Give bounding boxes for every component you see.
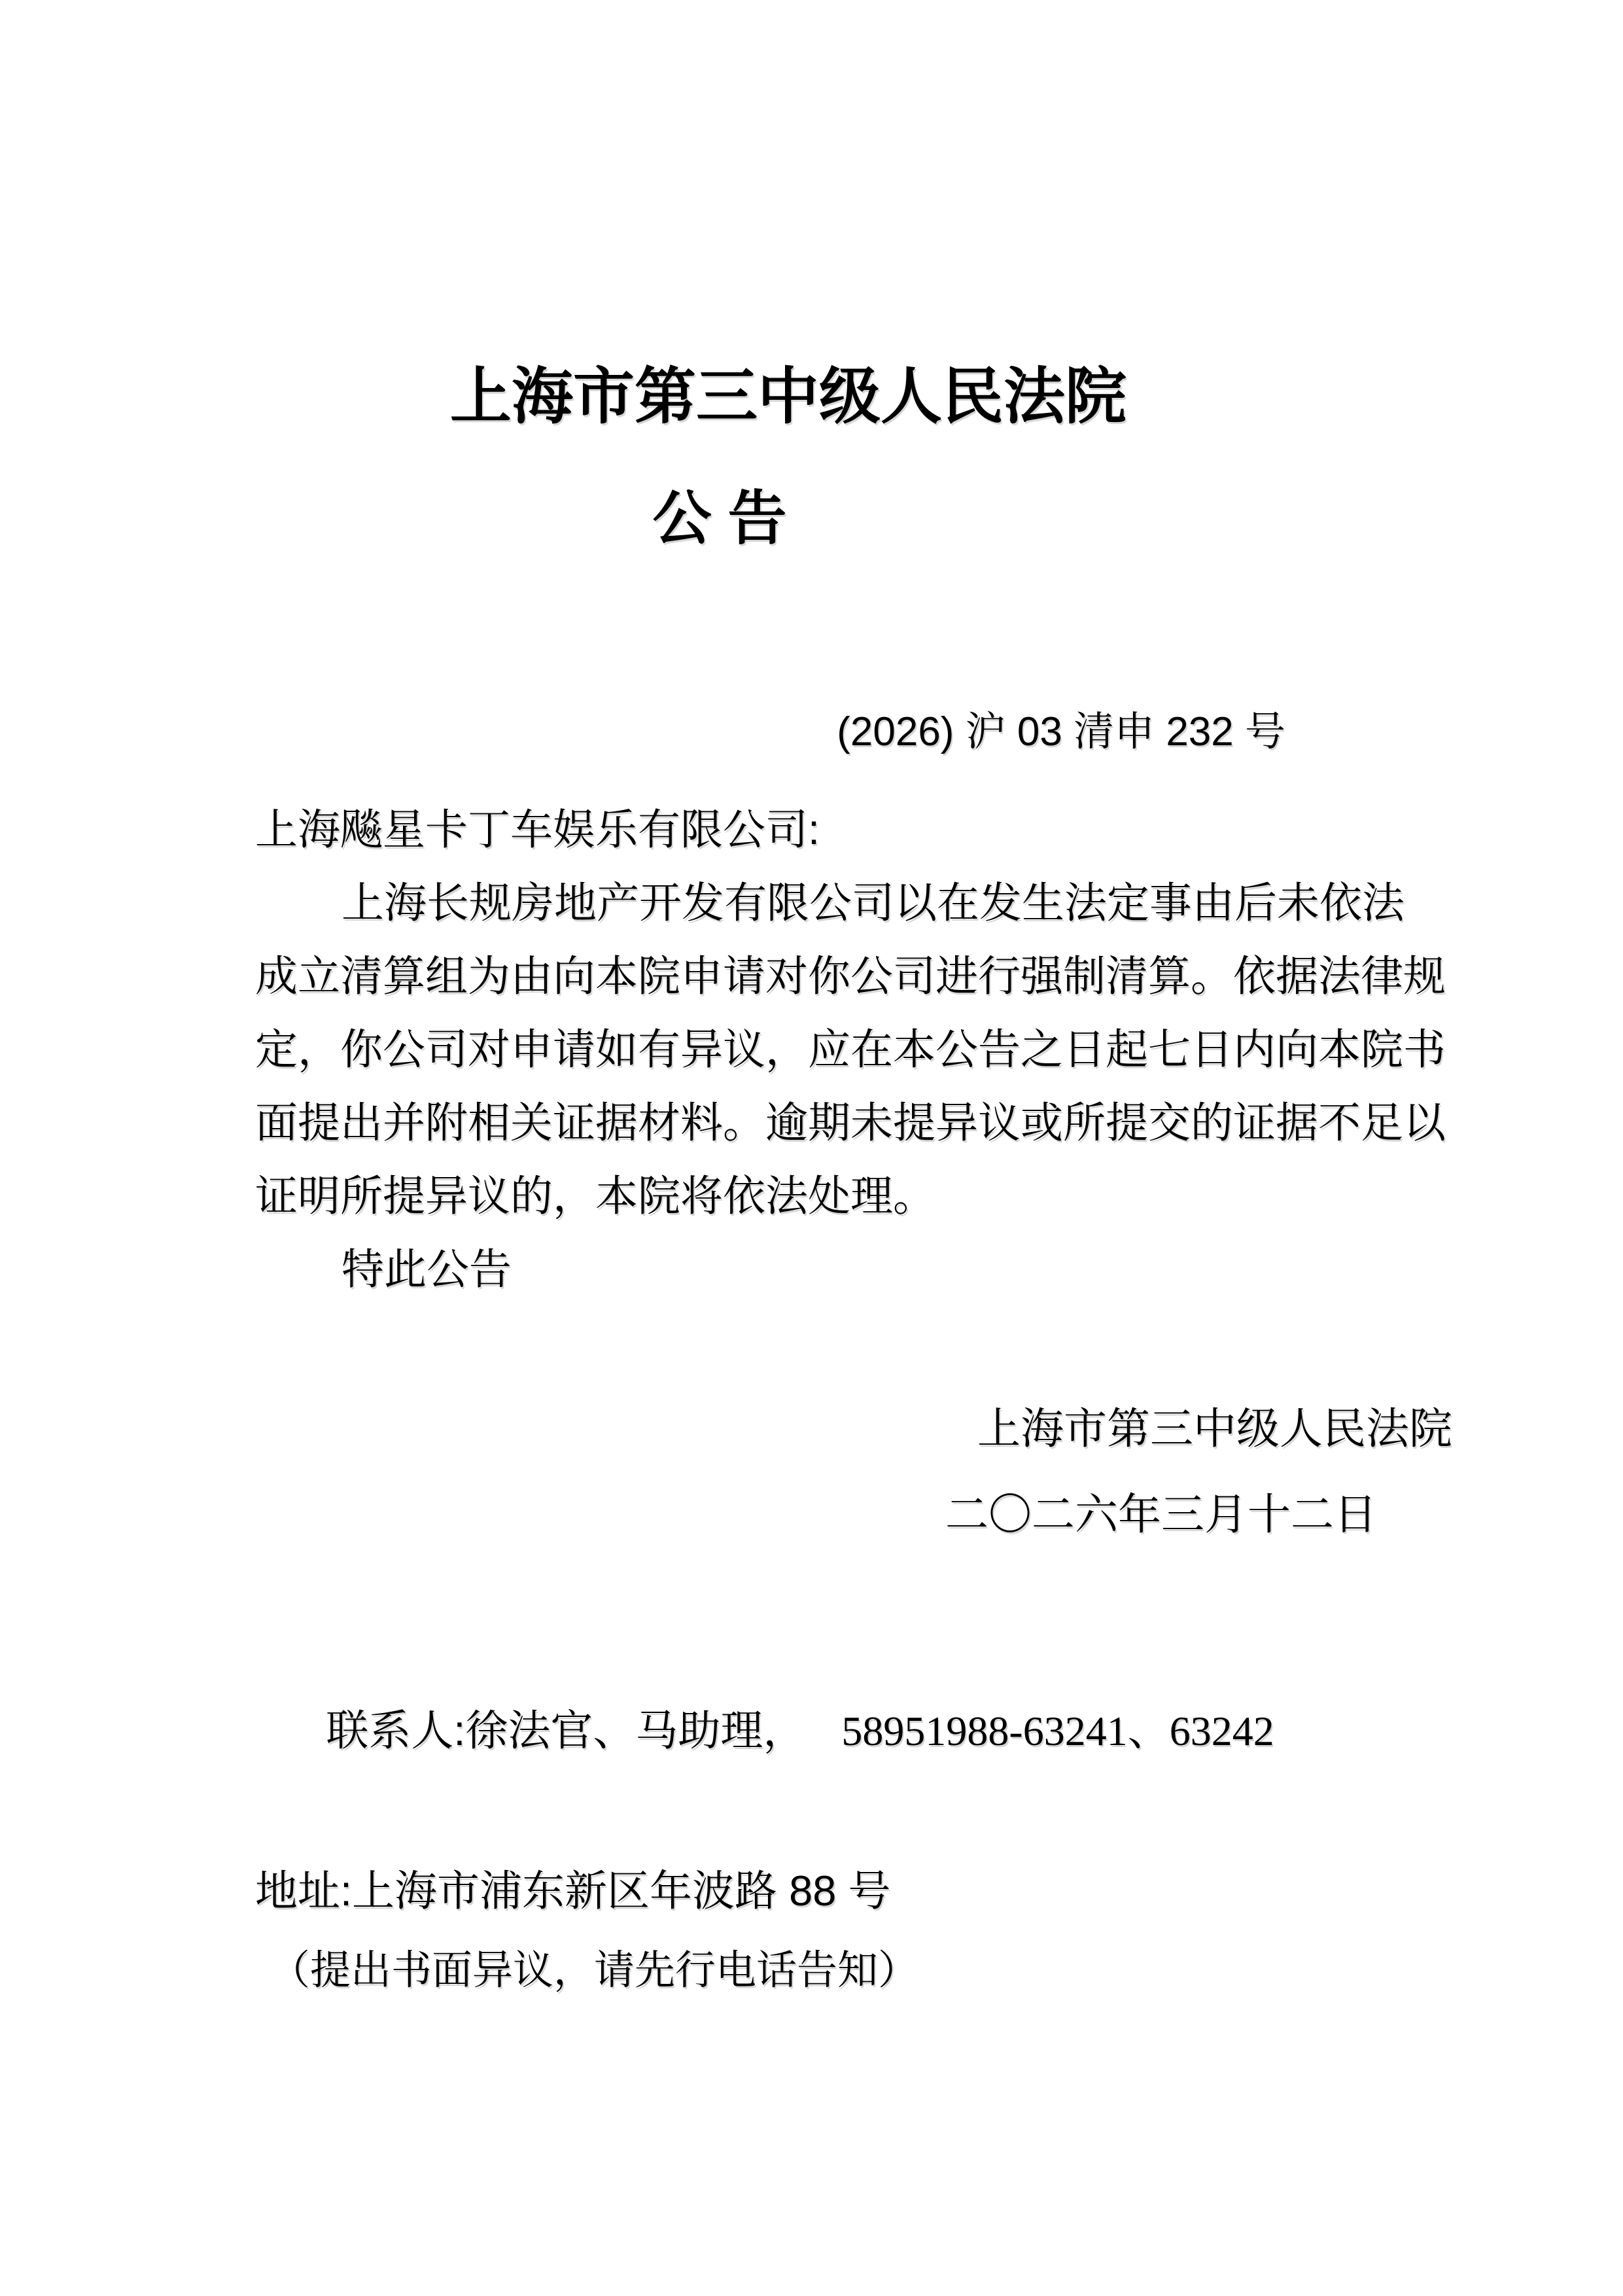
contact-block: 联系人:徐法官、马助理，58951988-63241、63242 地址:上海市浦… xyxy=(255,1611,1498,2011)
signature-date: 二〇二六年三月十二日 xyxy=(0,1472,1452,1557)
body-line: 证明所提异议的，本院将依法处理。 xyxy=(255,1159,1452,1233)
case-number: (2026) 沪 03 清申 232 号 xyxy=(0,708,1285,756)
contact-line: 联系人:徐法官、马助理，58951988-63241、63242 xyxy=(255,1611,1498,1851)
court-name-heading: 上海市第三中级人民法院 xyxy=(0,361,1577,432)
court-notice-document: 上海市第三中级人民法院 公 告 (2026) 沪 03 清申 232 号 上海飚… xyxy=(0,0,1623,2296)
body-line: 成立清算组为由向本院申请对你公司进行强制清算。依据法律规 xyxy=(255,940,1452,1013)
closing-line: 特此公告 xyxy=(255,1233,1452,1306)
contact-phone-number: 58951988-63241、63242 xyxy=(841,1708,1274,1754)
address-line: 地址:上海市浦东新区年波路 88 号 xyxy=(255,1851,1498,1931)
notice-body: 上海飚星卡丁车娱乐有限公司: 上海长规房地产开发有限公司以在发生法定事由后未依法… xyxy=(255,793,1452,1306)
phone-notice-note: （提出书面异议，请先行电话告知） xyxy=(255,1931,1498,2011)
notice-title-heading: 公 告 xyxy=(0,486,1439,554)
body-line: 定，你公司对申请如有异议，应在本公告之日起七日内向本院书 xyxy=(255,1013,1452,1086)
contact-persons-label: 联系人:徐法官、马助理， xyxy=(326,1706,805,1754)
addressee-line: 上海飚星卡丁车娱乐有限公司: xyxy=(255,793,1452,866)
body-line: 面提出并附相关证据材料。逾期未提异议或所提交的证据不足以 xyxy=(255,1086,1452,1159)
signature-block: 上海市第三中级人民法院 二〇二六年三月十二日 xyxy=(0,1386,1452,1557)
signature-court-name: 上海市第三中级人民法院 xyxy=(0,1386,1452,1472)
body-line: 上海长规房地产开发有限公司以在发生法定事由后未依法 xyxy=(255,866,1452,940)
